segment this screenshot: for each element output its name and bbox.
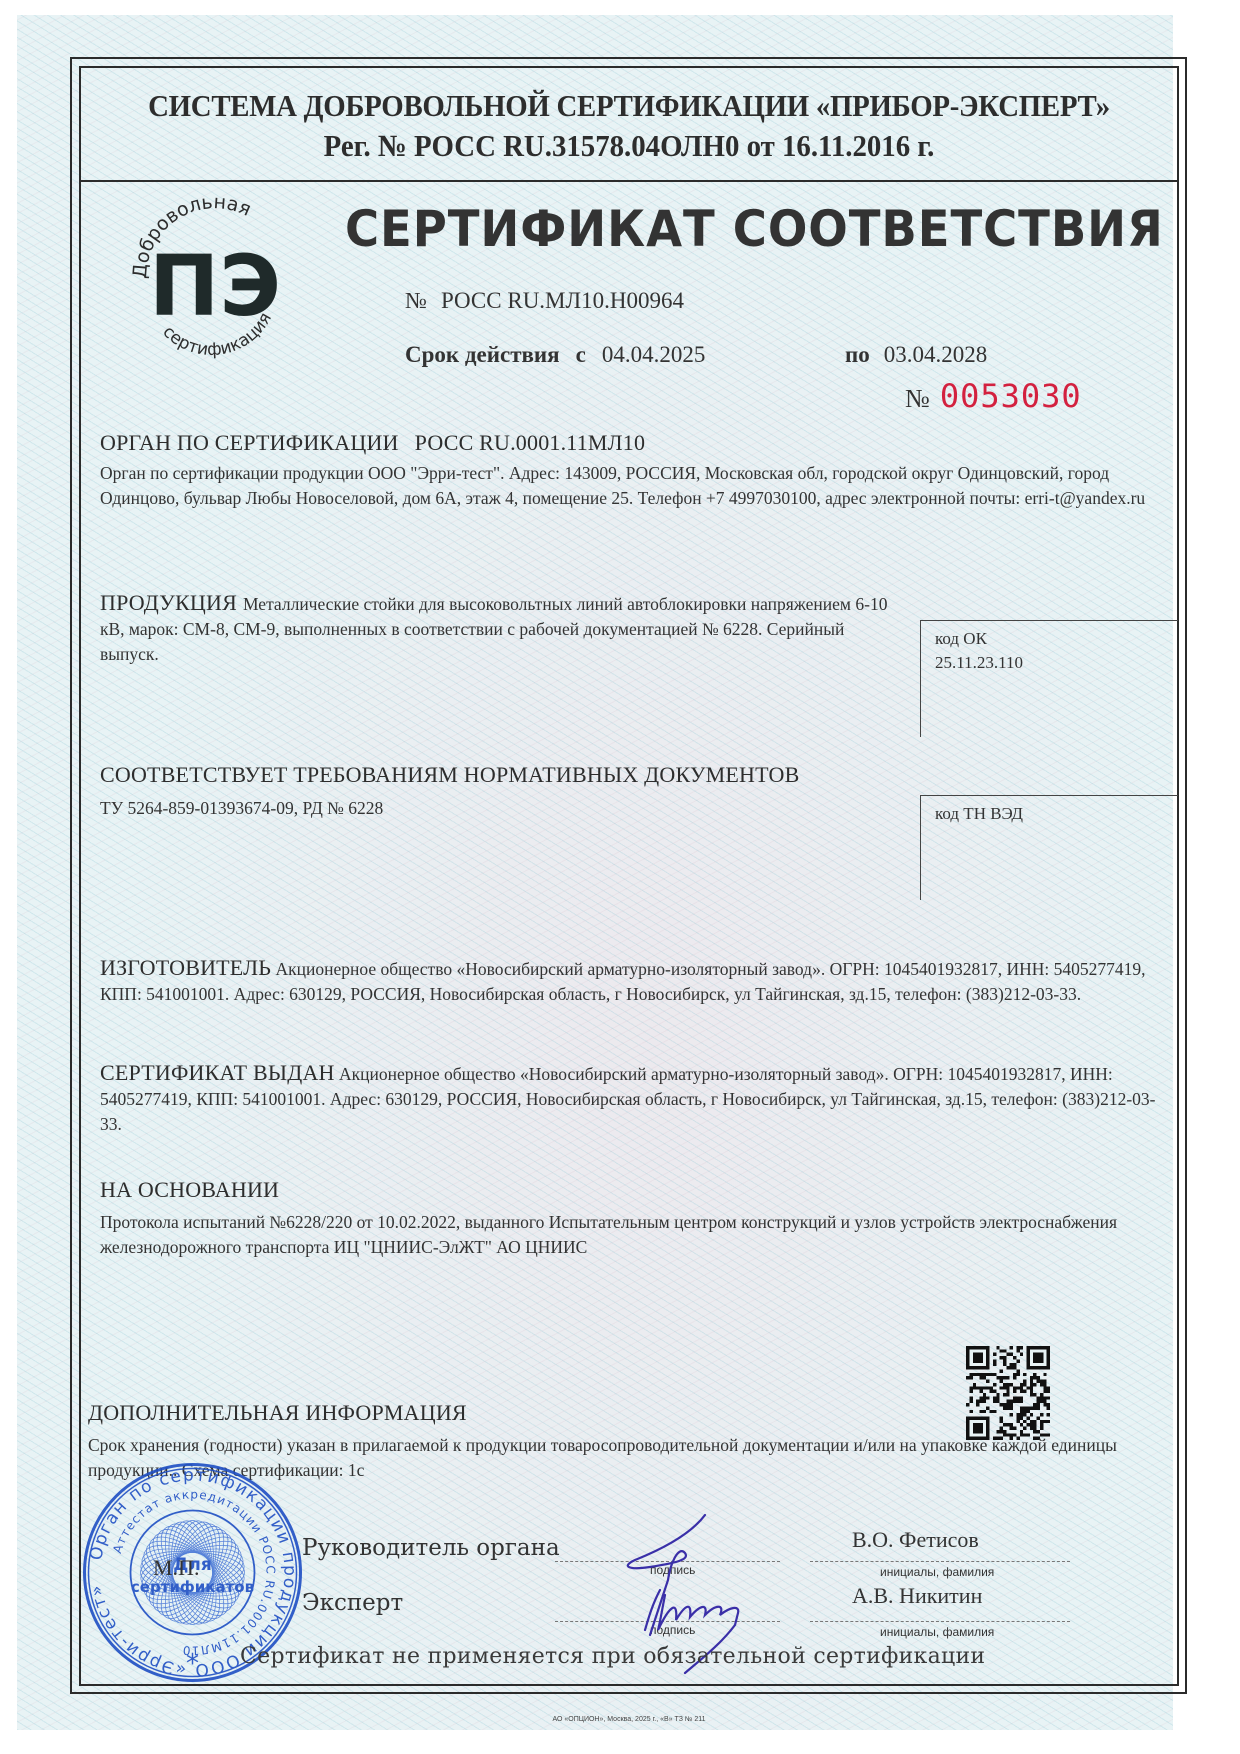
valid-from-date: 04.04.2025 <box>602 342 706 367</box>
number-value: РОСС RU.МЛ10.Н00964 <box>441 288 684 313</box>
blank-number: №0053030 <box>905 377 1082 415</box>
head-name-caption: инициалы, фамилия <box>880 1565 994 1579</box>
to-label: по <box>845 342 870 367</box>
manufacturer-section: ИЗГОТОВИТЕЛЬ Акционерное общество «Новос… <box>100 955 1170 1007</box>
validity-to: по03.04.2028 <box>845 342 987 368</box>
validity-label: Срок действия <box>405 342 560 367</box>
pe-logo-icon: Добровольная сертификация ПЭ <box>125 195 305 375</box>
expert-label: Эксперт <box>302 1590 403 1616</box>
manufacturer-heading: ИЗГОТОВИТЕЛЬ <box>100 955 271 980</box>
head-name: В.О. Фетисов <box>852 1527 979 1553</box>
tn-ved-label: код ТН ВЭД <box>935 802 1178 826</box>
additional-info-heading: ДОПОЛНИТЕЛЬНАЯ ИНФОРМАЦИЯ <box>88 1400 467 1426</box>
basis-text: Протокола испытаний №6228/220 от 10.02.2… <box>100 1210 1170 1260</box>
certification-body-code: РОСС RU.0001.11МЛ10 <box>415 430 646 455</box>
product-heading: ПРОДУКЦИЯ <box>100 590 237 615</box>
number-label: № <box>405 288 427 313</box>
qr-code <box>966 1346 1050 1440</box>
ok-code-box: код ОК 25.11.23.110 <box>920 620 1178 737</box>
certification-body-text: Орган по сертификации продукции ООО "Эрр… <box>100 461 1170 511</box>
system-title: СИСТЕМА ДОБРОВОЛЬНОЙ СЕРТИФИКАЦИИ «ПРИБО… <box>118 88 1141 124</box>
requirements-heading: СООТВЕТСТВУЕТ ТРЕБОВАНИЯМ НОРМАТИВНЫХ ДО… <box>100 762 799 788</box>
validity-from: Срок действияс04.04.2025 <box>405 342 705 368</box>
certificate-number: №РОСС RU.МЛ10.Н00964 <box>405 288 684 314</box>
head-name-line <box>810 1561 1070 1562</box>
seal-place: М.П. <box>153 1555 199 1581</box>
issued-to-section: СЕРТИФИКАТ ВЫДАН Акционерное общество «Н… <box>100 1060 1170 1137</box>
expert-name-caption: инициалы, фамилия <box>880 1625 994 1639</box>
certificate-title: СЕРТИФИКАТ СООТВЕТСТВИЯ <box>345 200 1164 258</box>
pe-logo: Добровольная сертификация ПЭ <box>125 195 305 375</box>
head-of-body-label: Руководитель органа <box>302 1535 560 1561</box>
ok-code-label: код ОК <box>935 627 1178 651</box>
basis-heading: НА ОСНОВАНИИ <box>100 1177 279 1203</box>
requirements-text: ТУ 5264-859-01393674-09, РД № 6228 <box>100 796 383 821</box>
blank-number-label: № <box>905 384 930 413</box>
certification-body-title: ОРГАН ПО СЕРТИФИКАЦИИ <box>100 430 399 455</box>
qr-code-icon <box>966 1346 1050 1440</box>
header-divider <box>79 180 1179 182</box>
product-section: ПРОДУКЦИЯМеталлические стойки для высоко… <box>100 590 890 667</box>
logo-mark: ПЭ <box>149 237 281 335</box>
expert-name: А.В. Никитин <box>852 1583 982 1609</box>
from-label: с <box>576 342 586 367</box>
system-registration: Рег. № РОСС RU.31578.04ОЛН0 от 16.11.201… <box>118 128 1141 164</box>
svg-text:*: * <box>186 1649 199 1679</box>
valid-to-date: 03.04.2028 <box>884 342 988 367</box>
ok-code-value: 25.11.23.110 <box>935 651 1178 675</box>
tn-ved-code-box: код ТН ВЭД <box>920 795 1178 900</box>
issued-to-heading: СЕРТИФИКАТ ВЫДАН <box>100 1060 335 1085</box>
blank-number-value: 0053030 <box>940 377 1082 415</box>
not-mandatory-notice: Сертификат не применяется при обязательн… <box>240 1644 985 1669</box>
certification-body-heading: ОРГАН ПО СЕРТИФИКАЦИИРОСС RU.0001.11МЛ10 <box>100 430 645 456</box>
printer-imprint: АО «ОПЦИОН», Москва, 2025 г., «В» ТЗ № 2… <box>79 1716 1179 1723</box>
expert-name-line <box>810 1621 1070 1622</box>
